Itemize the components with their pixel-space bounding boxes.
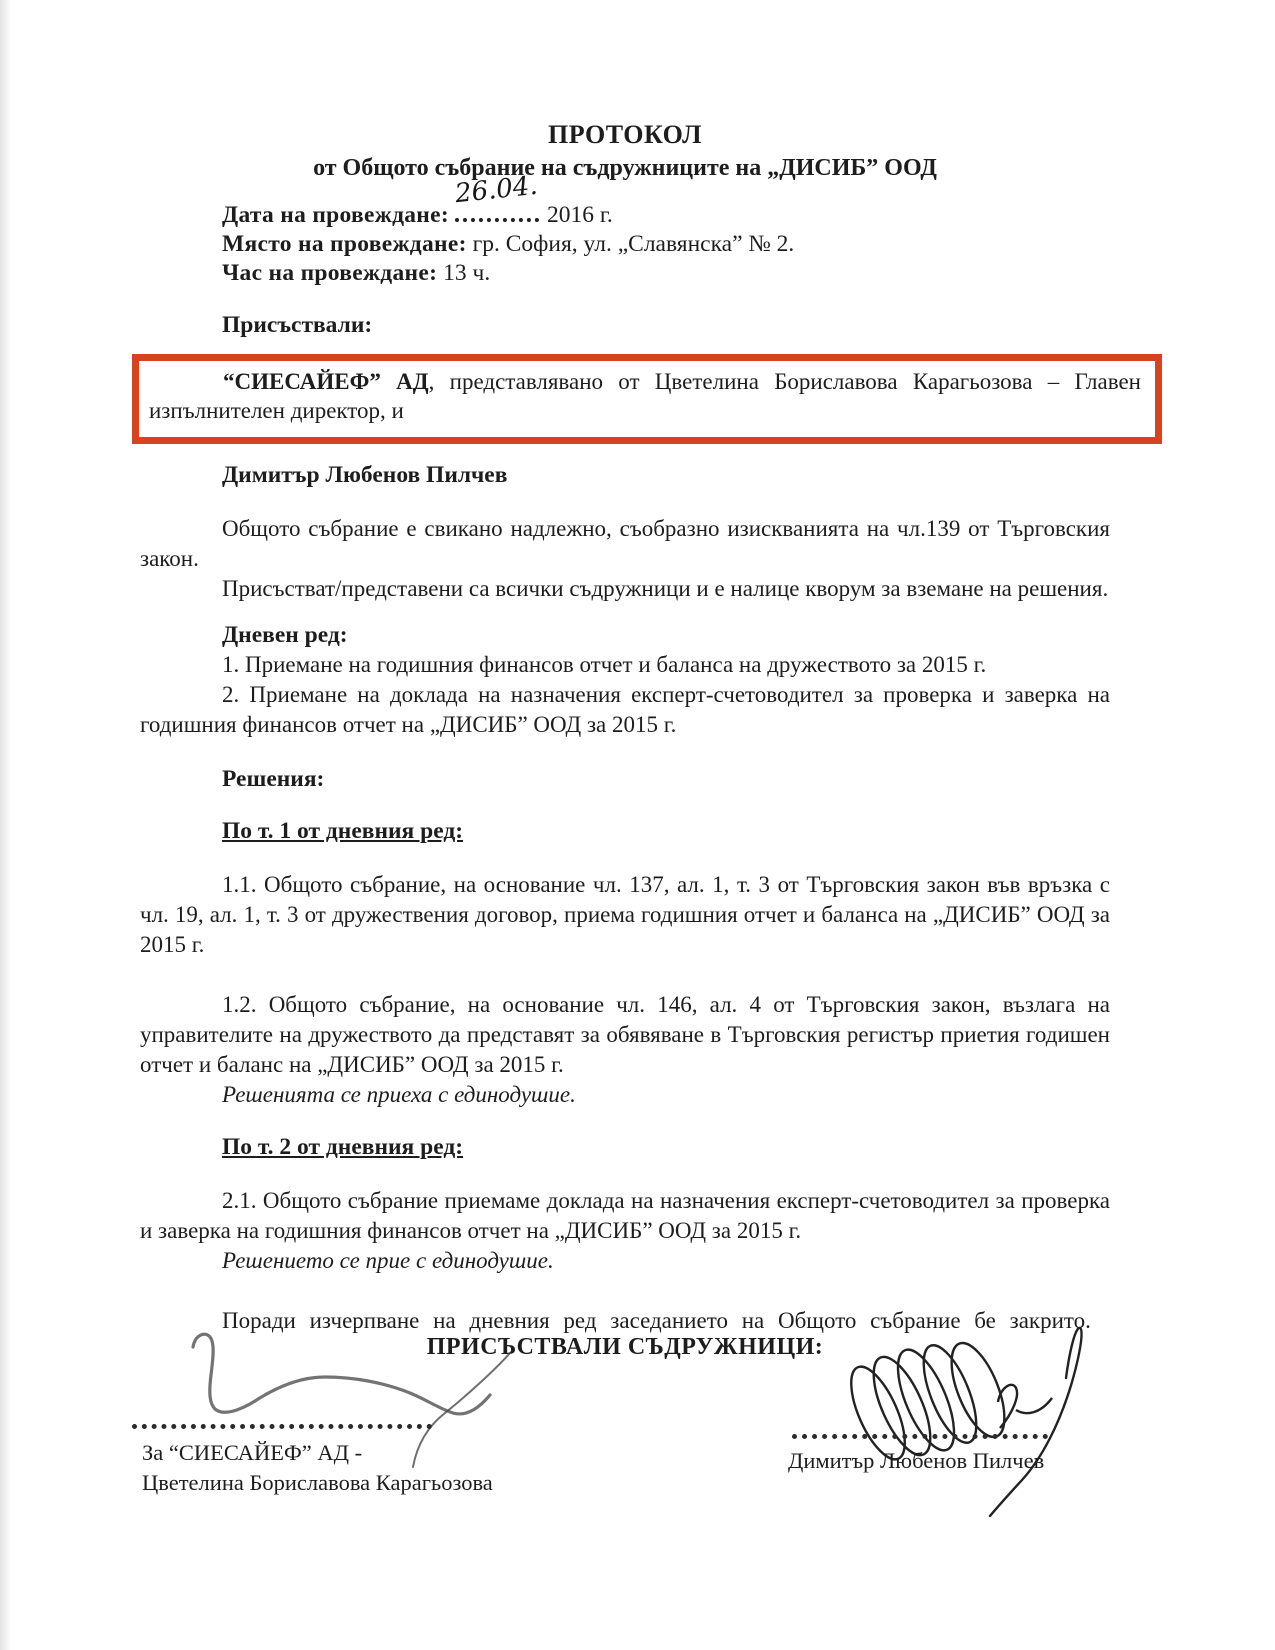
meeting-time-value: 13 ч. [443,260,490,286]
page-title: ПРОТОКОЛ [140,118,1110,152]
signature-dotted-line-right [792,1434,1048,1439]
agenda-heading: Дневен ред: [222,620,1110,650]
meeting-time-row: Час на провеждане: 13 ч. [222,259,1110,288]
paragraph-quorum: Присъстват/представени са всички съдружн… [140,574,1110,604]
agenda-item-1: 1. Приемане на годишния финансов отчет и… [140,650,1110,680]
meeting-time-label: Час на провеждане: [222,260,437,286]
point1-heading: По т. 1 от дневния ред: [222,816,1110,846]
decision-1-2: 1.2. Общото събрание, на основание чл. 1… [140,990,1110,1080]
scan-edge-shadow [0,0,10,1650]
signatures-section: ПРИСЪСТВАЛИ СЪДРУЖНИЦИ: За “СИЕСАЙЕФ” АД… [140,1312,1110,1650]
meeting-date-label: Дата на провеждане: [222,202,449,228]
date-dotted-field: 26.04. [455,198,539,222]
meeting-place-row: Място на провеждане: гр. София, ул. „Сла… [222,230,1110,259]
point2-heading: По т. 2 от дневния ред: [222,1132,1110,1162]
signature-dotted-line-left [132,1424,432,1429]
meeting-place-value: гр. София, ул. „Славянска” № 2. [473,231,795,257]
meeting-meta: Дата на провеждане:26.04.2016 г. Място н… [140,198,1110,288]
meeting-date-year: 2016 г. [547,202,613,228]
highlighted-attendee: “СИЕСАЙЕФ” АД, представлявано от Цветели… [149,367,1141,425]
agenda-item-2: 2. Приемане на доклада на назначения екс… [140,680,1110,740]
handwritten-date: 26.04. [454,172,539,209]
decisions-heading: Решения: [222,764,1110,794]
signature-right-person: Димитър Любенов Пилчев [788,1446,1044,1476]
signature-left-company: За “СИЕСАЙЕФ” АД - [142,1438,362,1468]
attendee-name: Димитър Любенов Пилчев [222,460,1110,490]
highlight-box: “СИЕСАЙЕФ” АД, представлявано от Цветели… [132,354,1162,444]
decision-1-1: 1.1. Общото събрание, на основание чл. 1… [140,870,1110,960]
meeting-place-label: Място на провеждане: [222,231,467,257]
signature-right-icon [840,1318,1110,1528]
decision-2-1: 2.1. Общото събрание приемаме доклада на… [140,1186,1110,1246]
company-name: “СИЕСАЙЕФ” АД [223,369,429,394]
scanned-protocol-page: ПРОТОКОЛ от Общото събрание на съдружниц… [0,0,1275,1650]
point1-resolution-note: Решенията се приеха с единодушие. [222,1080,1110,1110]
meeting-date-row: Дата на провеждане:26.04.2016 г. [222,198,1110,230]
signature-left-person: Цветелина Бориславова Карагьозова [142,1468,493,1498]
paragraph-convened: Общото събрание е свикано надлежно, съоб… [140,514,1110,574]
attendees-heading: Присъствали: [222,310,1110,340]
point2-resolution-note: Решението се прие с единодушие. [222,1246,1110,1276]
page-subtitle: от Общото събрание на съдружниците на „Д… [140,152,1110,184]
